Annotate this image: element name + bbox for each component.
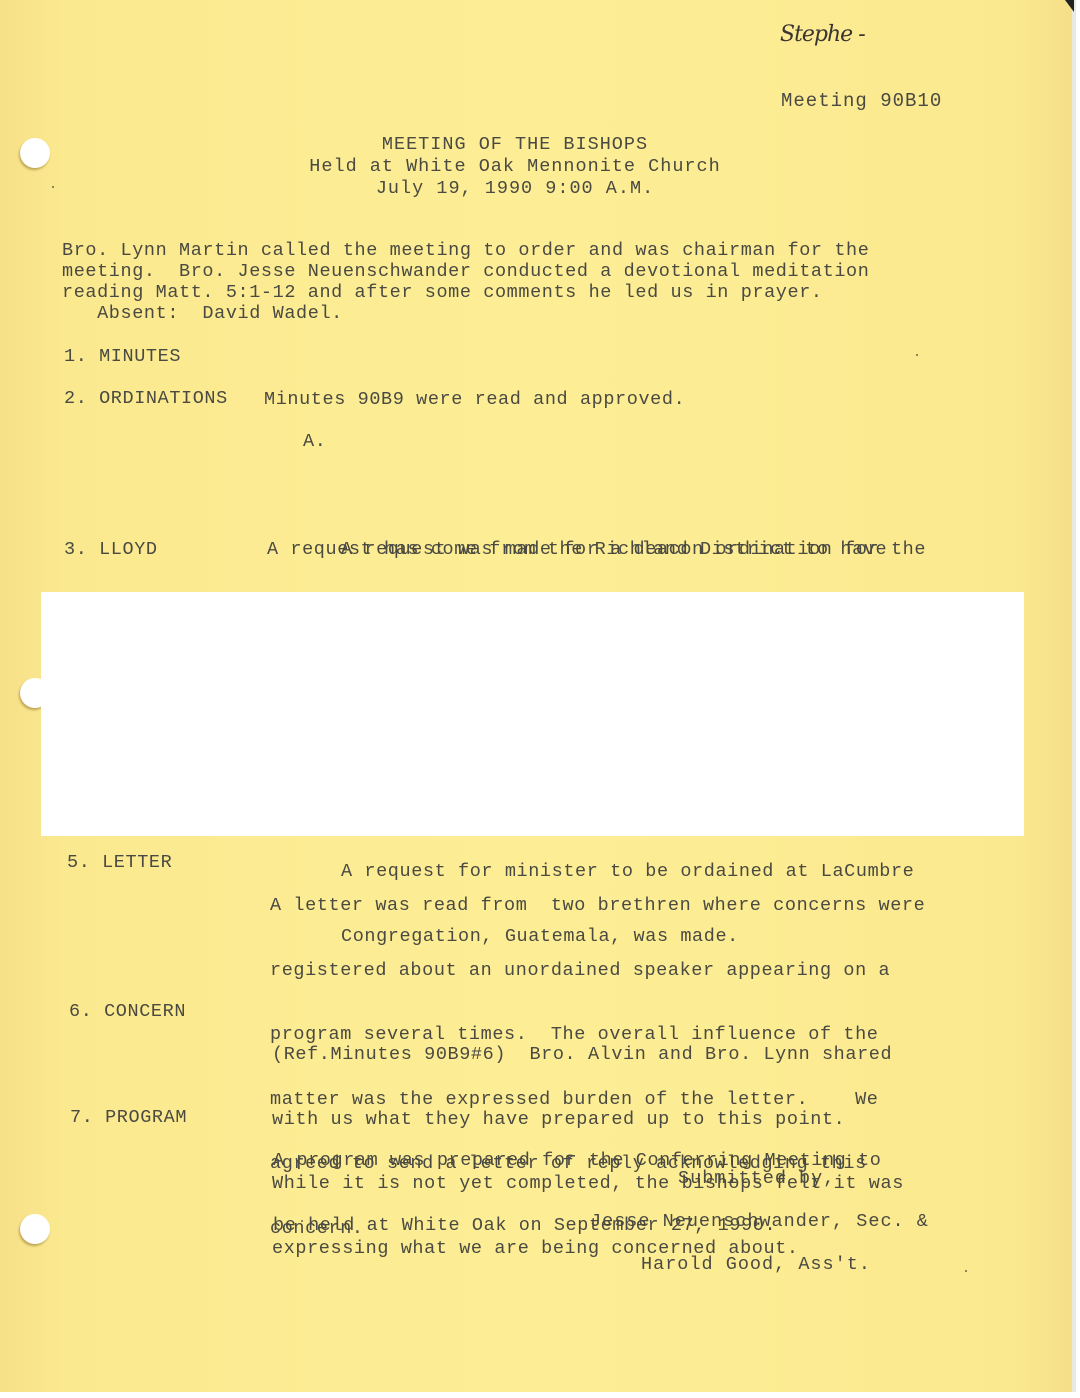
paper-speck	[52, 186, 54, 188]
paper-speck	[965, 1270, 967, 1272]
secretary-name: Jesse Neuenschwander, Sec. &	[590, 1211, 929, 1232]
paper-speck	[301, 1220, 303, 1222]
item-label: 2. ORDINATIONS	[64, 388, 228, 410]
venue-line: Held at White Oak Mennonite Church	[250, 156, 780, 178]
intro-line: Bro. Lynn Martin called the meeting to o…	[62, 240, 962, 261]
punch-hole-bottom	[20, 1214, 50, 1244]
paper-speck	[916, 354, 918, 356]
intro-line: meeting. Bro. Jesse Neuenschwander condu…	[62, 261, 962, 282]
handwritten-note: Stephe -	[780, 22, 865, 47]
meeting-code: Meeting 90B10	[781, 90, 942, 112]
item-label: 7. PROGRAM	[70, 1107, 187, 1129]
scanned-page: Stephe - Meeting 90B10 MEETING OF THE BI…	[0, 0, 1076, 1392]
corner-mark	[1065, 0, 1074, 12]
document-title: MEETING OF THE BISHOPS Held at White Oak…	[250, 134, 780, 200]
title-line: MEETING OF THE BISHOPS	[250, 134, 780, 156]
item-label: 5. LETTER	[67, 852, 172, 874]
item-label: 6. CONCERN	[69, 1001, 186, 1023]
submitted-by: Submitted by,	[678, 1168, 835, 1189]
punch-hole-top	[20, 138, 50, 168]
page-edge	[1072, 0, 1076, 1392]
opening-paragraph: Bro. Lynn Martin called the meeting to o…	[62, 240, 962, 324]
assistant-name: Harold Good, Ass't.	[641, 1254, 871, 1275]
intro-line: reading Matt. 5:1-12 and after some comm…	[62, 282, 962, 303]
absent-line: Absent: David Wadel.	[62, 303, 962, 324]
date-line: July 19, 1990 9:00 A.M.	[250, 178, 780, 200]
redacted-block	[41, 592, 1024, 836]
item-label: 1. MINUTES	[64, 346, 181, 368]
